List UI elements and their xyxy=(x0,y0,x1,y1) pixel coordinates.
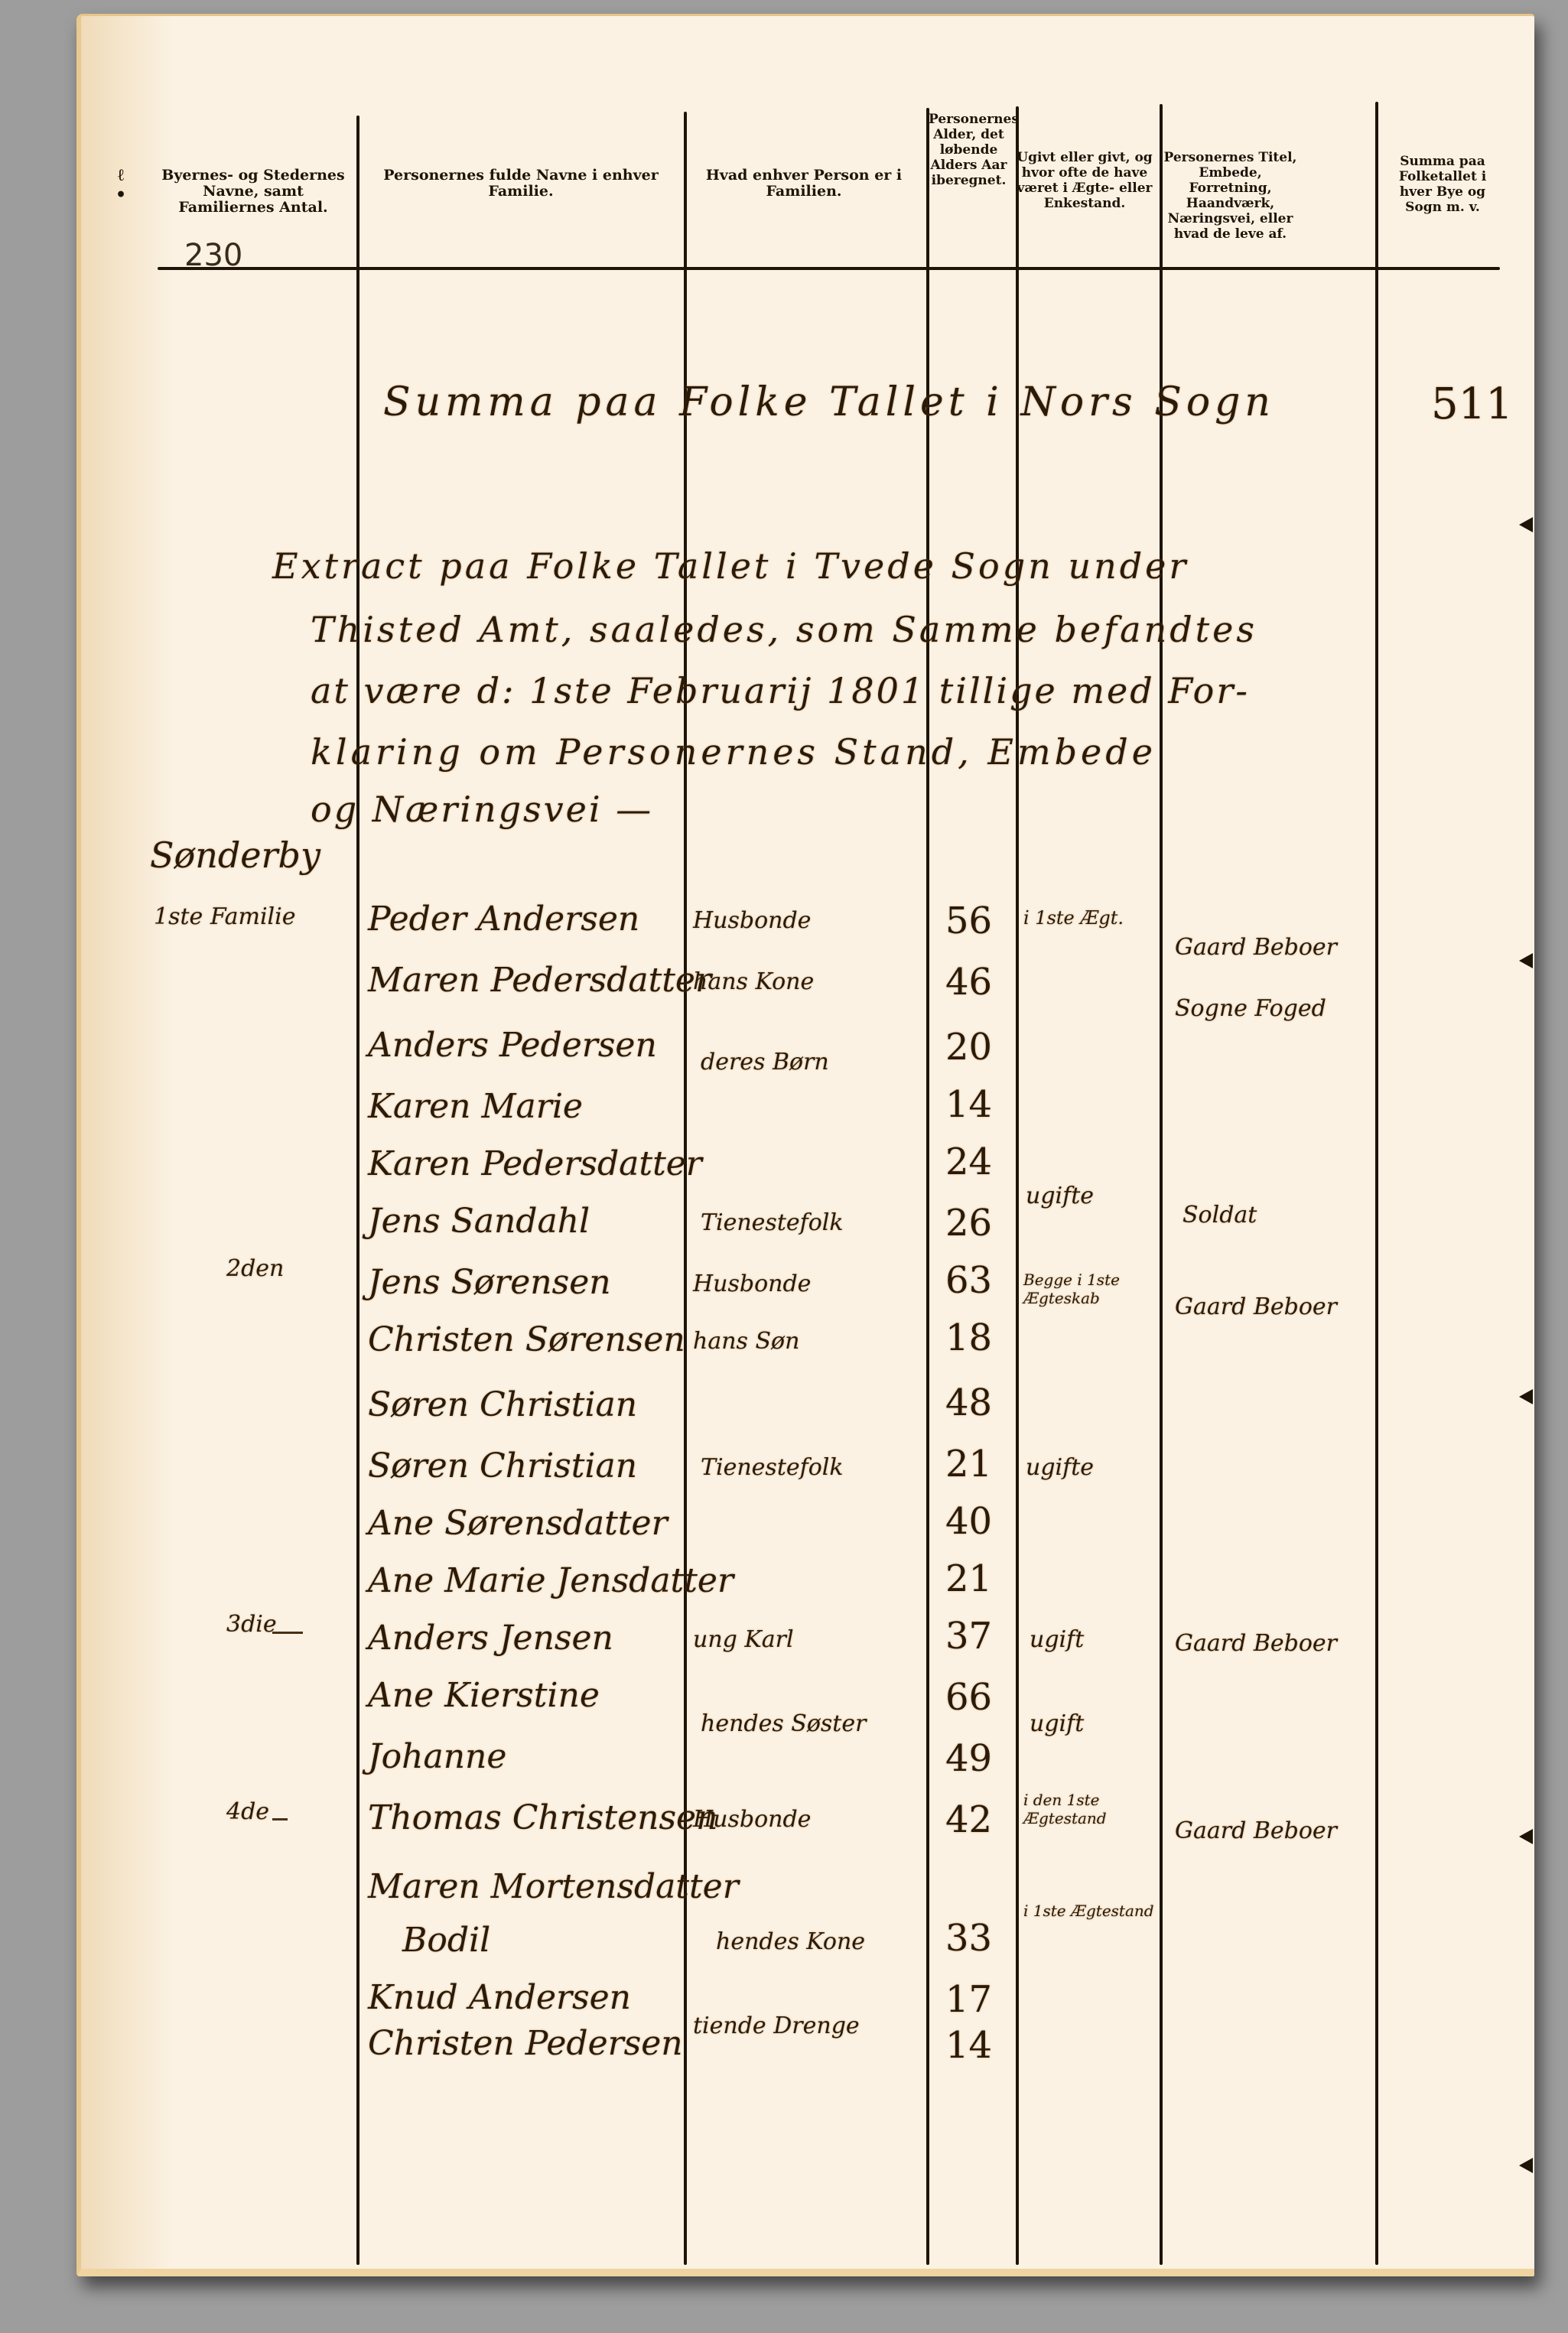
person-marital: ugifte xyxy=(1026,1454,1094,1481)
person-marital: i den 1ste Ægtestand xyxy=(1023,1791,1157,1827)
person-marital: i 1ste Ægt. xyxy=(1023,907,1124,929)
header-occupation: Personernes Titel, Embede, Forretning, H… xyxy=(1163,150,1297,242)
village-name: Sønderby xyxy=(150,835,320,876)
person-relation: Husbonde xyxy=(693,907,811,934)
extract-line-4: klaring om Personernes Stand, Embede xyxy=(311,731,1156,773)
person-age: 48 xyxy=(945,1381,992,1424)
person-name: Søren Christian xyxy=(368,1446,637,1485)
header-place: Byernes- og Stedernes Navne, samt Famili… xyxy=(158,168,349,216)
person-age: 14 xyxy=(945,2024,992,2067)
person-name: Ane Kierstine xyxy=(368,1676,600,1715)
column-divider xyxy=(1375,102,1378,2265)
person-age: 21 xyxy=(945,1443,992,1485)
person-age: 20 xyxy=(945,1026,992,1069)
extract-line-5: og Næringsvei — xyxy=(311,789,653,830)
person-name: Bodil xyxy=(402,1921,490,1960)
person-age: 21 xyxy=(945,1557,992,1600)
person-name: Maren Pedersdatter xyxy=(368,961,711,1000)
person-name: Peder Andersen xyxy=(368,900,639,939)
summary-total: 511 xyxy=(1431,379,1513,429)
person-relation: deres Børn xyxy=(701,1049,829,1075)
person-name: Anders Jensen xyxy=(368,1619,613,1658)
person-age: 66 xyxy=(945,1676,992,1719)
person-relation: hendes Kone xyxy=(716,1928,865,1955)
person-name: Maren Mortensdatter xyxy=(368,1867,739,1906)
person-age: 26 xyxy=(945,1202,992,1245)
person-name: Jens Sørensen xyxy=(368,1263,611,1302)
person-name: Ane Sørensdatter xyxy=(368,1504,668,1543)
person-marital: Begge i 1ste Ægteskab xyxy=(1023,1271,1157,1307)
person-name: Søren Christian xyxy=(368,1385,637,1424)
edge-mark xyxy=(1519,517,1533,532)
edge-mark xyxy=(1519,1389,1533,1404)
extract-line-1: Extract paa Folke Tallet i Tvede Sogn un… xyxy=(272,545,1189,587)
person-relation: Tienestefolk xyxy=(701,1454,844,1481)
person-age: 46 xyxy=(945,961,992,1004)
person-relation: hendes Søster xyxy=(701,1710,866,1737)
header-total: Summa paa Folketallet i hver Bye og Sogn… xyxy=(1385,154,1500,215)
dash xyxy=(272,1818,288,1821)
person-relation: ung Karl xyxy=(693,1626,794,1653)
edge-mark xyxy=(1519,2158,1533,2173)
extract-line-3: at være d: 1ste Februarij 1801 tillige m… xyxy=(311,670,1250,711)
family-label: 4de xyxy=(226,1798,269,1825)
column-divider xyxy=(1160,104,1163,2265)
column-divider xyxy=(926,108,929,2265)
person-age: 24 xyxy=(945,1140,992,1183)
column-divider xyxy=(1016,106,1019,2265)
family-label: 2den xyxy=(226,1255,284,1282)
person-age: 14 xyxy=(945,1083,992,1126)
column-divider xyxy=(684,112,687,2265)
person-relation: Tienestefolk xyxy=(701,1209,844,1236)
person-relation: Husbonde xyxy=(693,1271,811,1297)
header-relation: Hvad enhver Person er i Familien. xyxy=(689,168,919,200)
person-name: Christen Pedersen xyxy=(368,2024,683,2063)
person-occupation: Soldat xyxy=(1183,1202,1257,1228)
person-age: 17 xyxy=(945,1978,992,2021)
family-label: 1ste Familie xyxy=(154,903,295,930)
person-occupation: Sogne Foged xyxy=(1175,995,1326,1022)
person-name: Thomas Christensen xyxy=(368,1798,717,1837)
extract-line-2: Thisted Amt, saaledes, som Samme befandt… xyxy=(311,609,1257,650)
summary-text: Summa paa Folke Tallet i Nors Sogn xyxy=(383,379,1275,425)
header-marital: Ugivt eller givt, og hvor ofte de have v… xyxy=(1016,150,1153,211)
person-age: 37 xyxy=(945,1615,992,1658)
person-occupation: Gaard Beboer xyxy=(1175,1293,1337,1320)
person-name: Anders Pedersen xyxy=(368,1026,657,1065)
person-name: Johanne xyxy=(368,1737,506,1776)
person-marital: ugift xyxy=(1030,1710,1084,1737)
person-marital: i 1ste Ægtestand xyxy=(1023,1902,1157,1920)
person-occupation: Gaard Beboer xyxy=(1175,934,1337,961)
person-relation: hans Søn xyxy=(693,1328,799,1355)
header-names: Personernes fulde Navne i enhver Familie… xyxy=(364,168,678,200)
person-name: Jens Sandahl xyxy=(368,1202,590,1241)
column-divider xyxy=(356,116,359,2265)
person-relation: hans Kone xyxy=(693,968,814,995)
person-age: 49 xyxy=(945,1737,992,1780)
person-name: Christen Sørensen xyxy=(368,1320,685,1359)
person-name: Karen Pedersdatter xyxy=(368,1144,702,1183)
person-name: Ane Marie Jensdatter xyxy=(368,1561,734,1600)
person-occupation: Gaard Beboer xyxy=(1175,1630,1337,1657)
person-age: 56 xyxy=(945,900,992,942)
person-age: 40 xyxy=(945,1500,992,1543)
edge-mark xyxy=(1519,953,1533,968)
edge-mark xyxy=(1519,1829,1533,1844)
person-occupation: Gaard Beboer xyxy=(1175,1817,1337,1844)
person-marital: ugifte xyxy=(1026,1183,1094,1209)
person-age: 33 xyxy=(945,1917,992,1960)
family-label: 3die xyxy=(226,1611,277,1638)
person-name: Knud Andersen xyxy=(368,1978,631,2017)
margin-mark: ℓ• xyxy=(115,165,126,205)
person-relation: Husbonde xyxy=(693,1806,811,1833)
person-marital: ugift xyxy=(1030,1626,1084,1653)
census-sheet: ℓ• Byernes- og Stedernes Navne, samt Fam… xyxy=(76,14,1534,2276)
dash xyxy=(272,1632,303,1634)
header-age: Personernes Alder, det løbende Alders Aa… xyxy=(929,112,1009,188)
person-age: 42 xyxy=(945,1798,992,1841)
person-age: 18 xyxy=(945,1316,992,1359)
person-relation: tiende Drenge xyxy=(693,2012,860,2039)
person-age: 63 xyxy=(945,1259,992,1302)
person-name: Karen Marie xyxy=(368,1087,583,1126)
